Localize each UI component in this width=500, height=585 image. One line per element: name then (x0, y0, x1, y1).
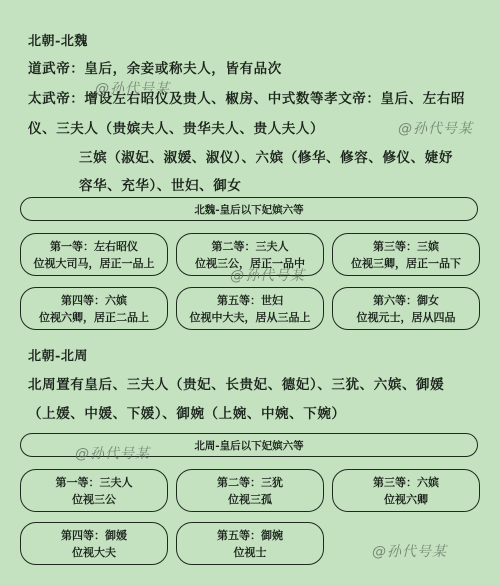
rank-detail: 位视大夫 (72, 544, 116, 561)
watermark: @孙代号某 (398, 118, 473, 138)
rank-detail: 位视六卿，居正二品上 (39, 309, 149, 326)
watermark: @孙代号某 (95, 78, 170, 98)
rank-card-beiwei-3: 第三等：三嫔 位视三卿，居正一品下 (332, 233, 480, 276)
rank-detail: 位视三公 (72, 491, 116, 508)
paragraph-sanpin: 三嫔（淑妃、淑媛、淑仪）、六嫔（修华、修容、修仪、婕妤 (79, 146, 453, 166)
rank-detail: 位视大司马，居正一品上 (34, 255, 155, 272)
rank-card-beizhou-2: 第二等：三犹 位视三孤 (176, 469, 324, 512)
section-heading-beizhou: 北朝-北周 (28, 345, 88, 364)
rank-label: 第一等：左右昭仪 (50, 238, 138, 255)
rank-card-beiwei-6: 第六等：御女 位视元士，居从四品 (332, 287, 480, 330)
rank-card-beizhou-3: 第三等：六嫔 位视六卿 (332, 469, 480, 512)
paragraph-daowudi: 道武帝：皇后，余妾或称夫人，皆有品次 (28, 57, 282, 77)
rank-label: 第六等：御女 (373, 292, 439, 309)
rank-label: 第一等：三夫人 (56, 474, 133, 491)
rank-label: 第三等：六嫔 (373, 474, 439, 491)
rank-detail: 位视士 (234, 544, 267, 561)
rank-label: 第三等：三嫔 (373, 238, 439, 255)
table-title-beiwei: 北魏-皇后以下妃嫔六等 (20, 197, 478, 221)
rank-detail: 位视三卿，居正一品下 (351, 255, 461, 272)
rank-card-beiwei-1: 第一等：左右昭仪 位视大司马，居正一品上 (20, 233, 168, 276)
paragraph-beizhou-2: （上媛、中媛、下媛）、御婉（上婉、中婉、下婉） (28, 402, 346, 422)
rank-label: 第五等：御婉 (217, 527, 283, 544)
rank-label: 第四等：御媛 (61, 527, 127, 544)
watermark: @孙代号某 (372, 541, 447, 561)
rank-label: 第四等：六嫔 (61, 292, 127, 309)
table-title-text: 北周-皇后以下妃嫔六等 (194, 438, 303, 453)
paragraph-sanfuren: 仪、三夫人（贵嫔夫人、贵华夫人、贵人夫人） (28, 117, 324, 137)
rank-card-beizhou-4: 第四等：御媛 位视大夫 (20, 522, 168, 565)
rank-card-beiwei-4: 第四等：六嫔 位视六卿，居正二品上 (20, 287, 168, 330)
rank-detail: 位视中大夫，居从三品上 (190, 309, 311, 326)
rank-label: 第二等：三犹 (217, 474, 283, 491)
paragraph-shifu: 容华、充华）、世妇、御女 (79, 174, 241, 194)
watermark: @孙代号某 (75, 443, 150, 463)
paragraph-beizhou-1: 北周置有皇后、三夫人（贵妃、长贵妃、德妃）、三犹、六嫔、御媛 (28, 373, 444, 393)
rank-detail: 位视六卿 (384, 491, 428, 508)
rank-label: 第五等：世妇 (217, 292, 283, 309)
paragraph-taiwudi: 太武帝：增设左右昭仪及贵人、椒房、中式数等孝文帝：皇后、左右昭 (28, 87, 465, 107)
rank-detail: 位视三孤 (228, 491, 272, 508)
section-heading-beiwei: 北朝-北魏 (28, 30, 88, 49)
rank-card-beiwei-5: 第五等：世妇 位视中大夫，居从三品上 (176, 287, 324, 330)
rank-label: 第二等：三夫人 (212, 238, 289, 255)
rank-card-beizhou-1: 第一等：三夫人 位视三公 (20, 469, 168, 512)
rank-detail: 位视元士，居从四品 (357, 309, 456, 326)
table-title-text: 北魏-皇后以下妃嫔六等 (194, 202, 303, 217)
watermark: @孙代号某 (230, 265, 305, 285)
rank-card-beizhou-5: 第五等：御婉 位视士 (176, 522, 324, 565)
